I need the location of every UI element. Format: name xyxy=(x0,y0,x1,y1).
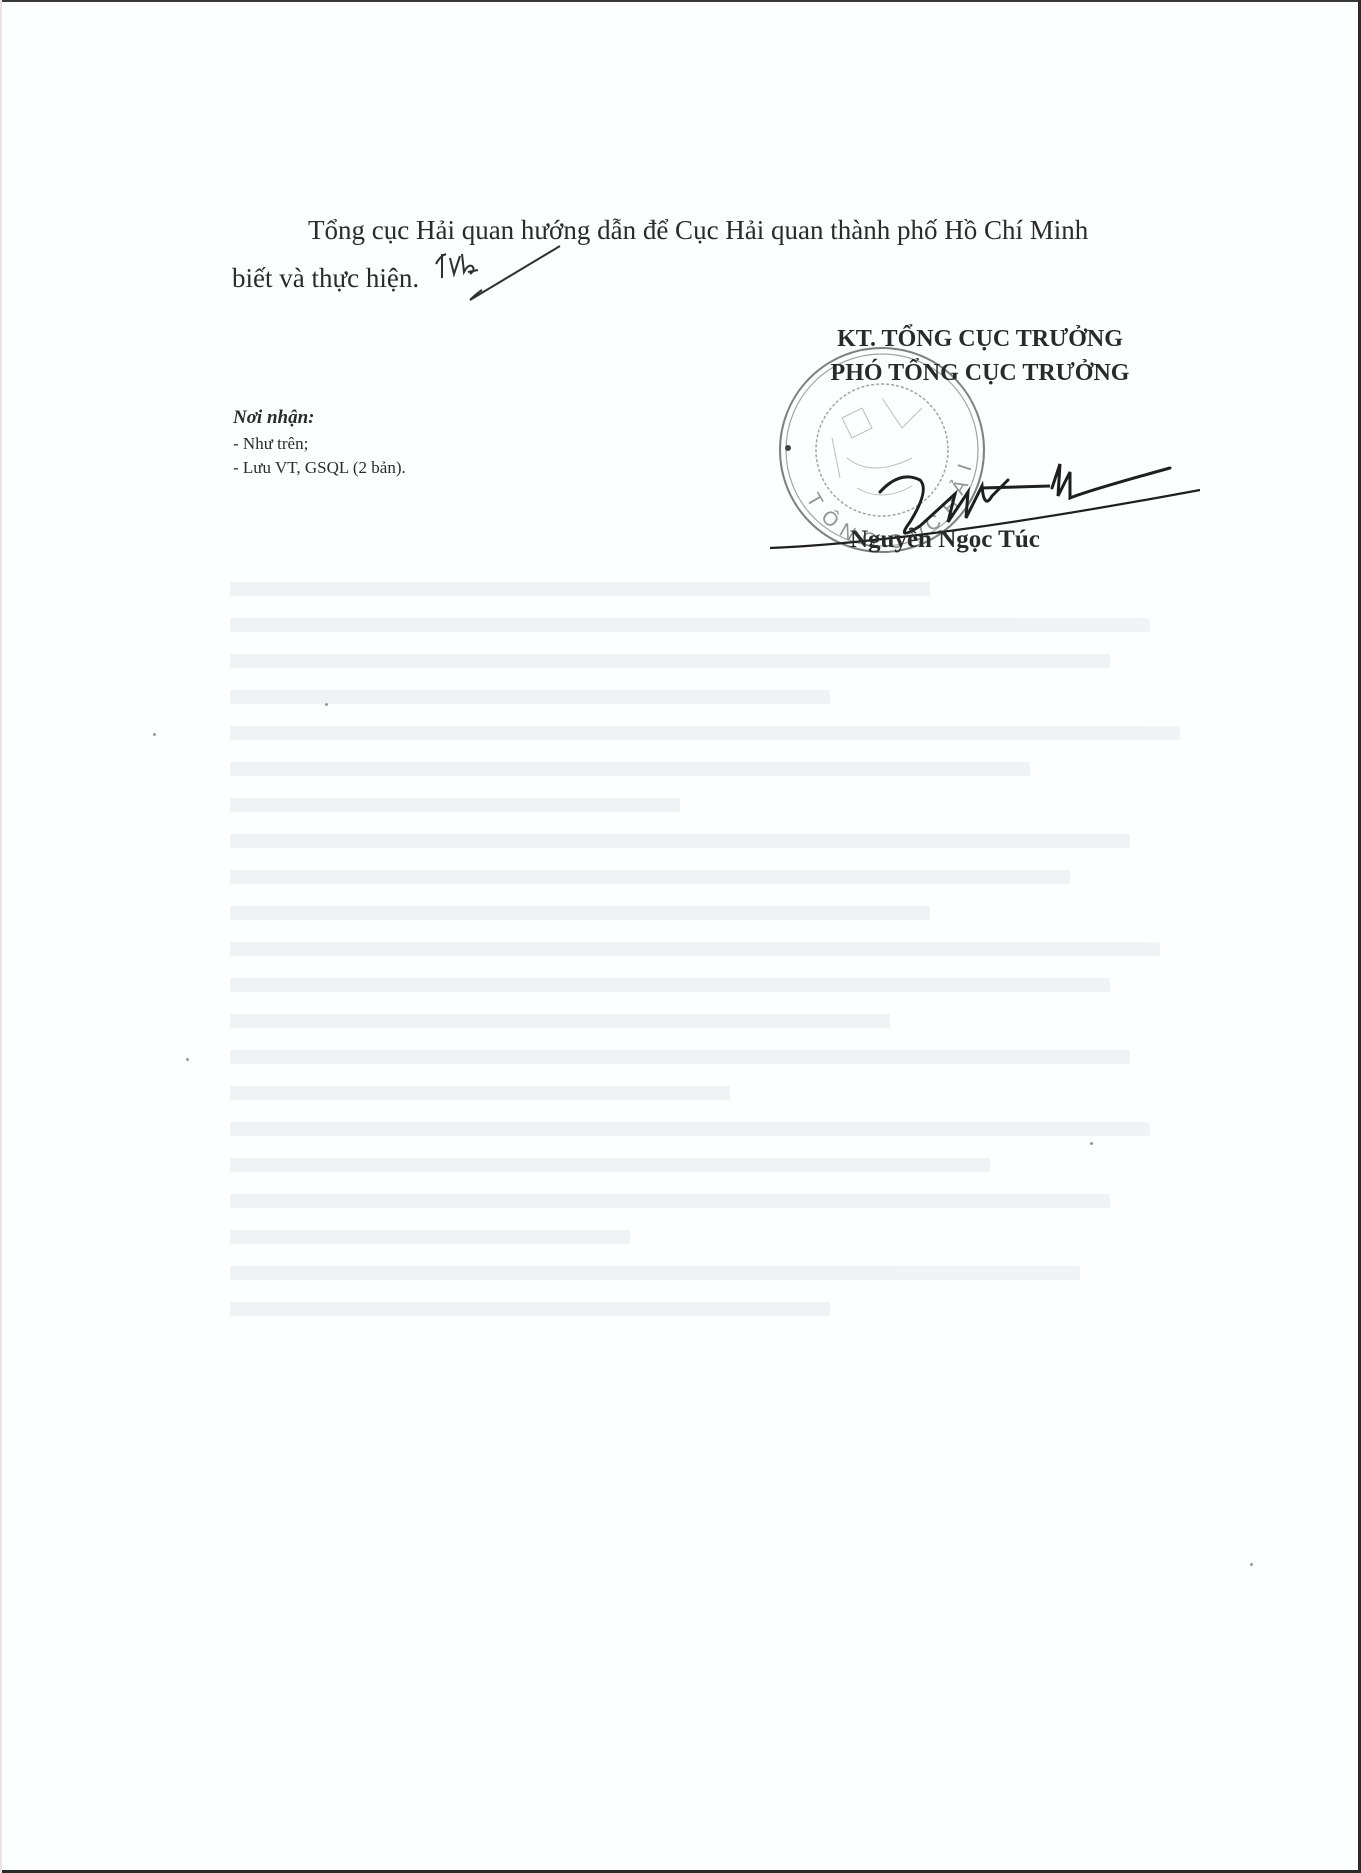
signature-title-line-2: PHÓ TỔNG CỤC TRƯỞNG xyxy=(770,356,1190,390)
recipient-item: - Như trên; xyxy=(233,432,406,456)
scan-speck xyxy=(325,703,328,706)
scan-speck xyxy=(1090,1142,1093,1145)
body-paragraph: Tổng cục Hải quan hướng dẫn để Cục Hải q… xyxy=(232,206,1242,302)
initials-mark-icon xyxy=(432,242,562,312)
recipient-item: - Lưu VT, GSQL (2 bản). xyxy=(233,456,406,480)
signature-title-block: KT. TỔNG CỤC TRƯỞNG PHÓ TỔNG CỤC TRƯỞNG xyxy=(770,322,1190,390)
signer-name: Nguyễn Ngọc Túc xyxy=(850,526,1110,554)
recipients-title: Nơi nhận: xyxy=(233,406,406,430)
scan-edge-left xyxy=(0,0,2,1873)
body-line-2: biết và thực hiện. xyxy=(232,263,419,293)
recipients-block: Nơi nhận: - Như trên; - Lưu VT, GSQL (2 … xyxy=(233,406,406,480)
signature-title-line-1: KT. TỔNG CỤC TRƯỞNG xyxy=(770,322,1190,356)
scan-edge-top xyxy=(0,0,1361,2)
body-line-1: Tổng cục Hải quan hướng dẫn để Cục Hải q… xyxy=(308,215,1088,245)
scanned-page: Tổng cục Hải quan hướng dẫn để Cục Hải q… xyxy=(0,0,1361,1873)
bleed-through-text xyxy=(230,560,1230,1720)
scan-speck xyxy=(153,733,156,736)
scan-speck xyxy=(186,1058,189,1061)
scan-speck xyxy=(1250,1563,1253,1566)
